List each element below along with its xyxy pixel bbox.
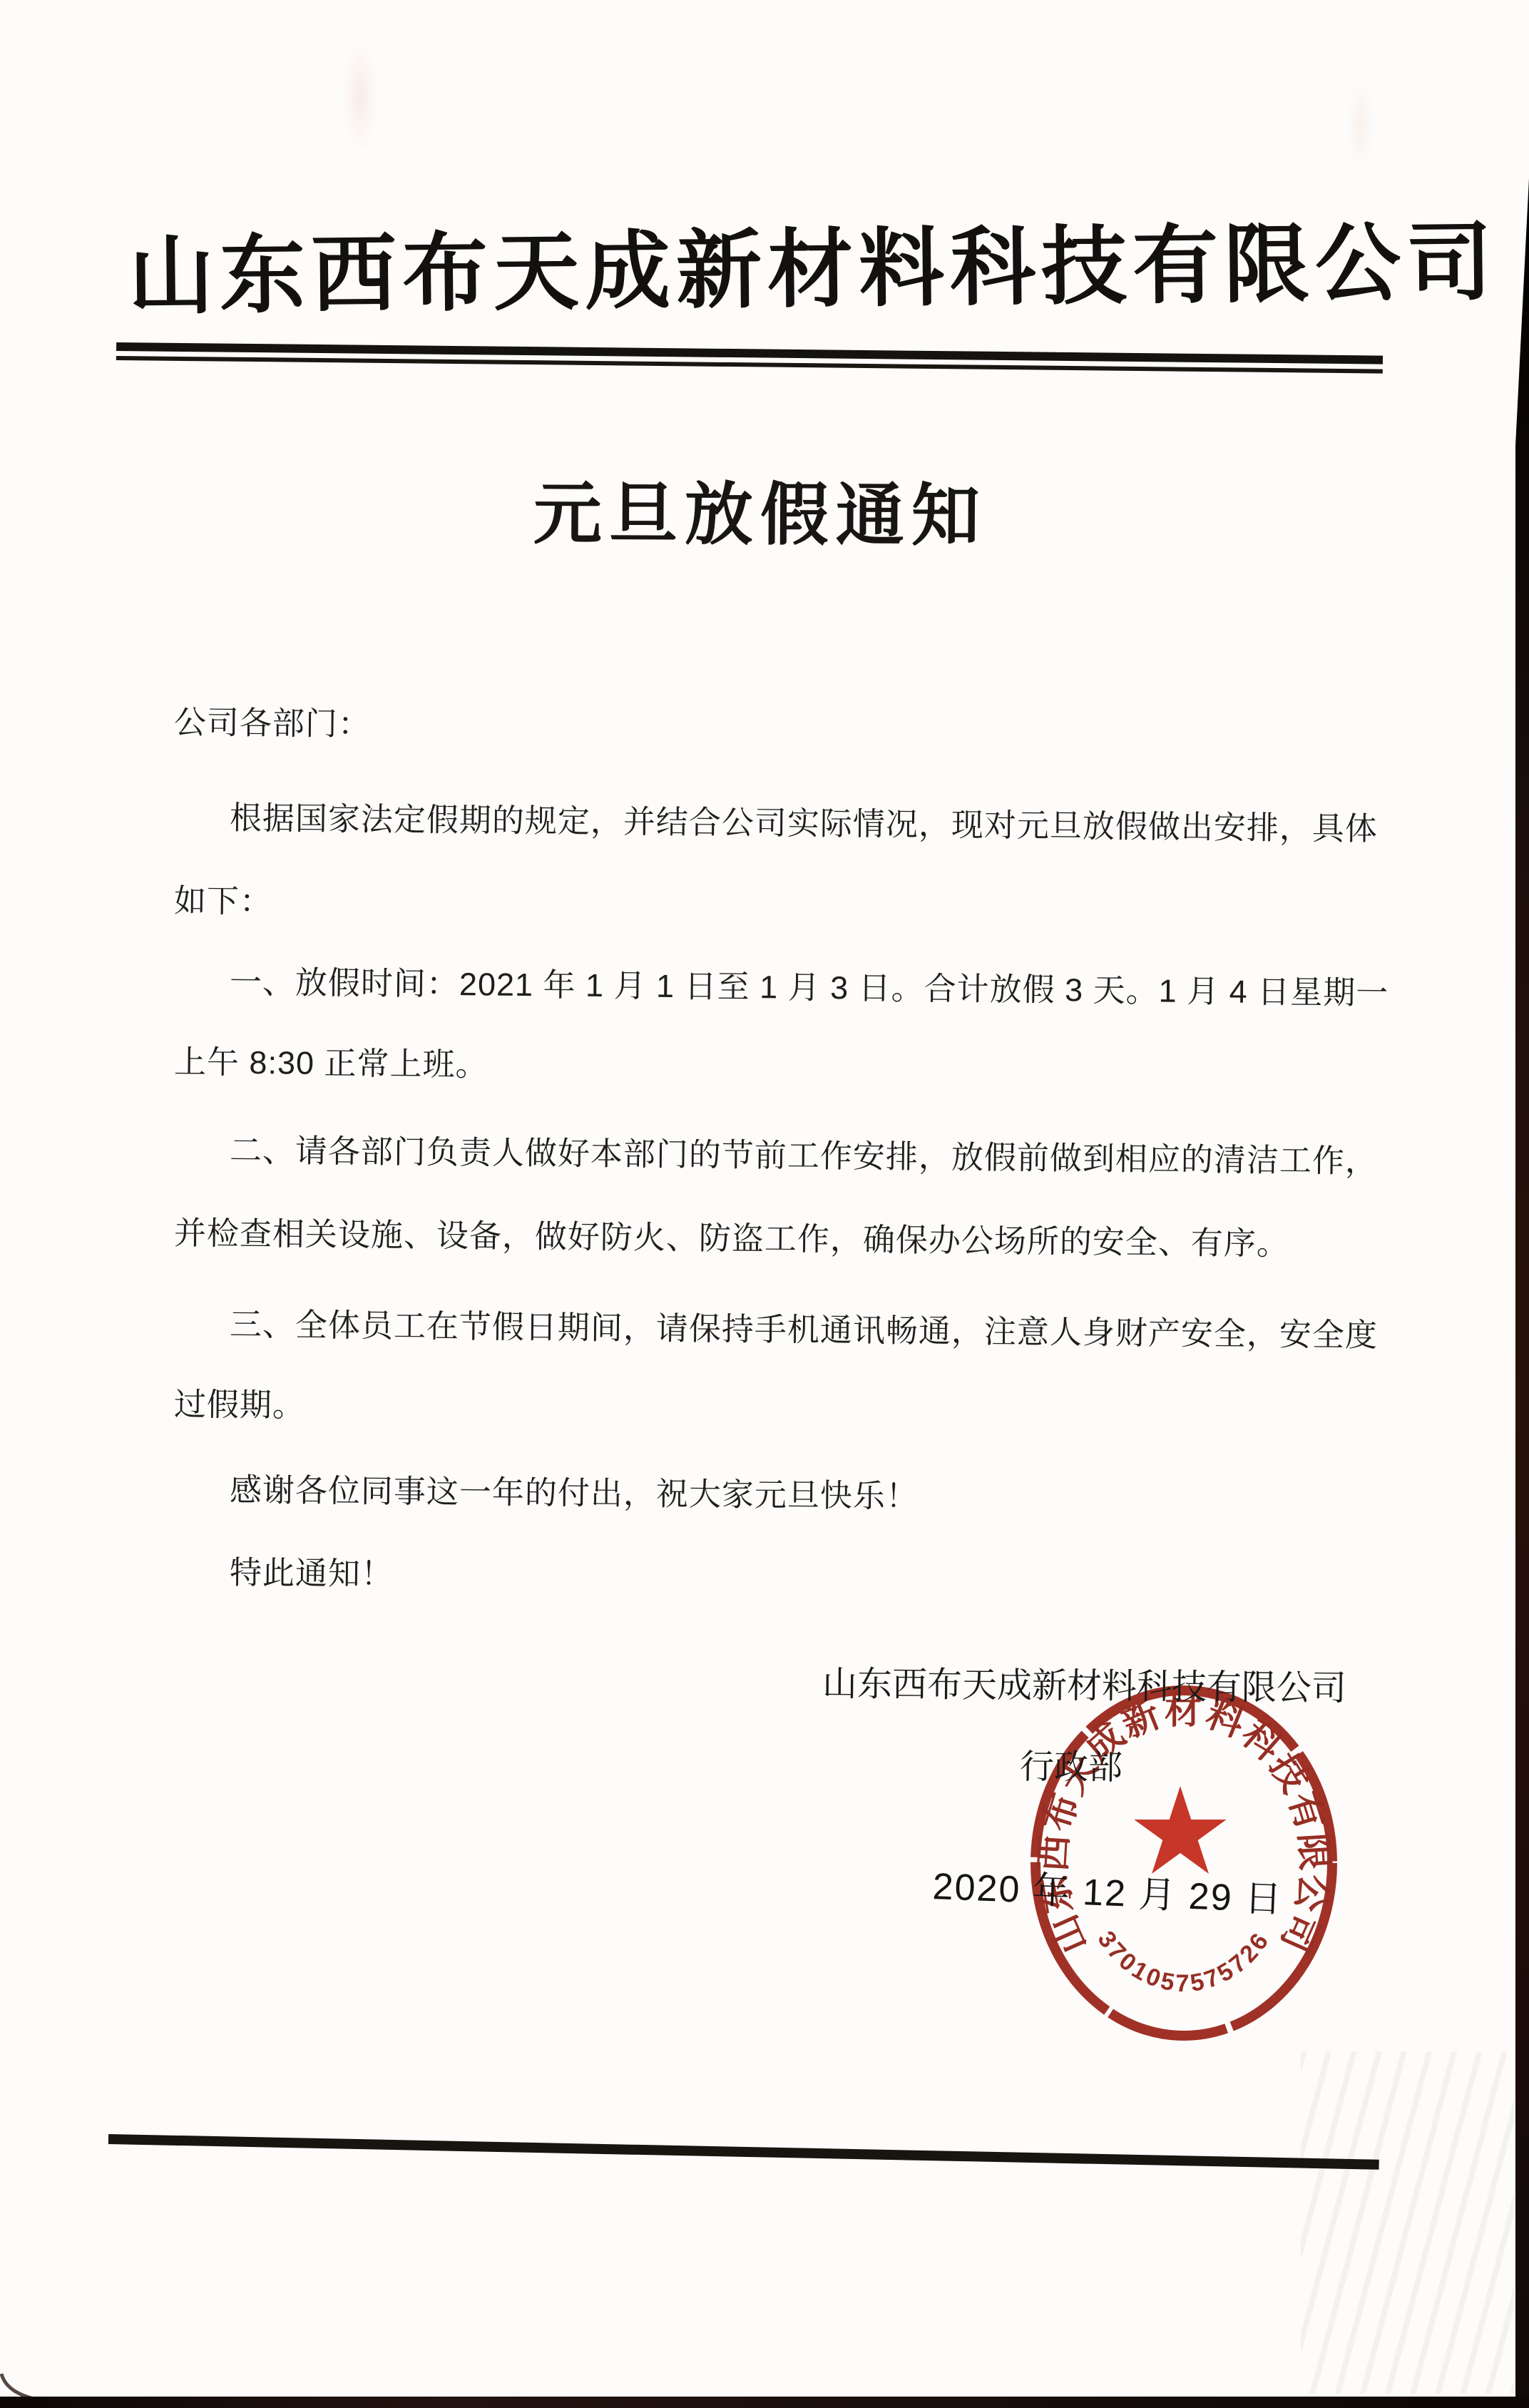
body-line-intro-2: 如下： xyxy=(174,874,273,922)
body-line-item2-1: 二、请各部门负责人做好本部门的节前工作安排，放假前做到相应的清洁工作， xyxy=(230,1124,1379,1181)
signature-department: 行政部 xyxy=(1020,1739,1123,1789)
body-line-item3-2: 过假期。 xyxy=(174,1378,306,1426)
salutation: 公司各部门： xyxy=(174,696,372,745)
body-line-item2-2: 并检查相关设施、设备，做好防火、防盗工作，确保办公场所的安全、有序。 xyxy=(174,1207,1290,1264)
signature-company: 山东西布天成新材料科技有限公司 xyxy=(822,1656,1347,1710)
body-line-item3-1: 三、全体员工在节假日期间，请保持手机通讯畅通，注意人身财产安全，安全度 xyxy=(230,1298,1379,1355)
scan-edge-right xyxy=(1515,178,1529,2408)
letterhead-divider xyxy=(116,342,1383,374)
body-line-closing: 特此通知！ xyxy=(230,1546,394,1594)
scan-streaks xyxy=(1301,2051,1515,2394)
bottom-rule-line xyxy=(108,2134,1379,2170)
notice-title: 元旦放假通知 xyxy=(533,459,988,559)
scan-edge-bottom xyxy=(0,2397,1529,2408)
seal-serial-number: 3701057575726 xyxy=(1093,1927,1276,1997)
scanned-notice-page: 山东西布天成新材料科技有限公司 元旦放假通知 公司各部门： 根据国家法定假期的规… xyxy=(0,0,1529,2408)
scan-smudge xyxy=(1341,64,1380,185)
letterhead-company-title: 山东西布天成新材料科技有限公司 xyxy=(128,194,1498,331)
seal-star-icon xyxy=(1134,1786,1226,1874)
body-line-intro-1: 根据国家法定假期的规定，并结合公司实际情况，现对元旦放假做出安排，具体 xyxy=(230,792,1379,849)
body-line-thanks: 感谢各位同事这一年的付出，祝大家元旦快乐！ xyxy=(230,1464,919,1516)
body-line-item1-1: 一、放假时间：2021 年 1 月 1 日至 1 月 3 日。合计放假 3 天。… xyxy=(230,956,1389,1014)
scan-smudge xyxy=(335,14,385,178)
body-line-item1-2: 上午 8:30 正常上班。 xyxy=(174,1036,489,1085)
